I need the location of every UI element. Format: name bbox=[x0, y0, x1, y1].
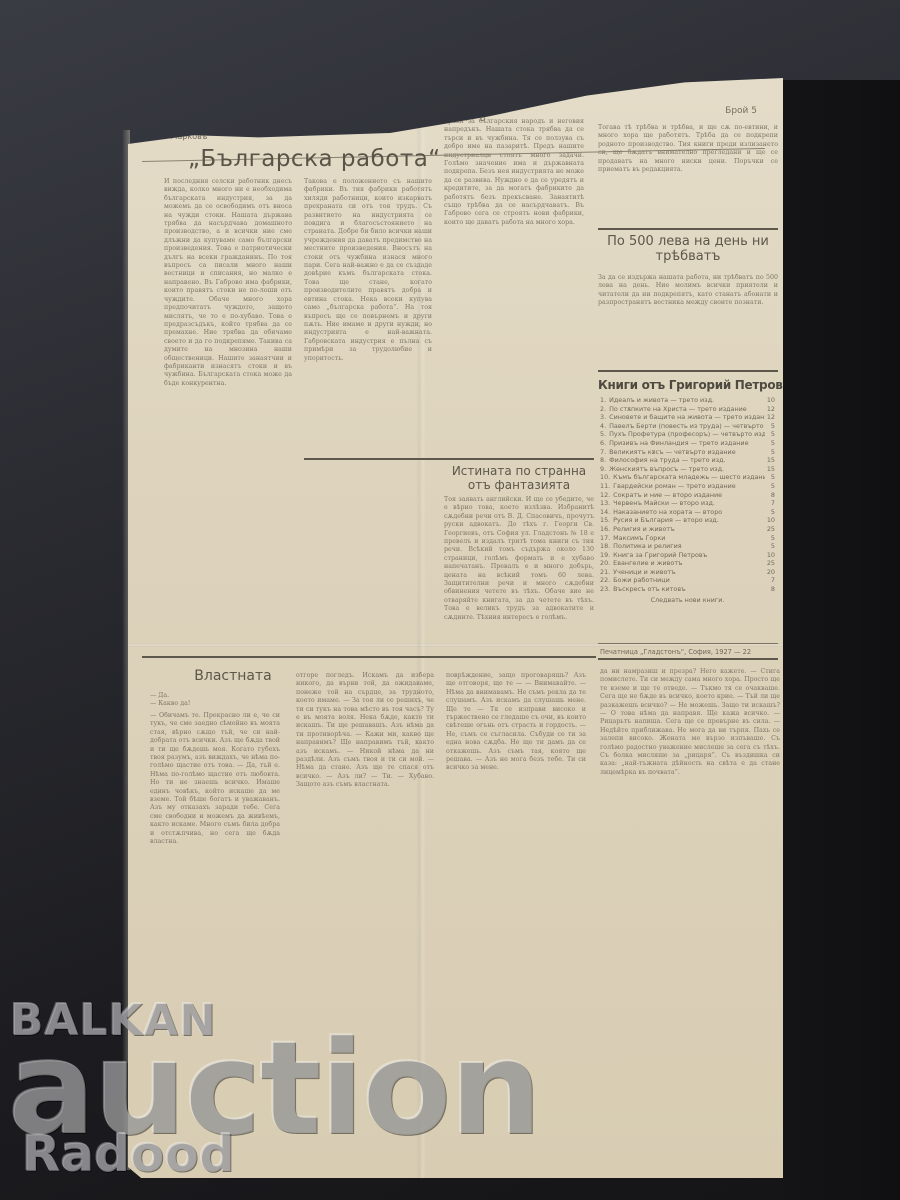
book-price: 15 bbox=[765, 456, 775, 465]
book-list-item: 20.Евангелие и животъ25 bbox=[600, 559, 775, 568]
book-title: Женскиятъ въпросъ — трето изд. bbox=[609, 465, 724, 473]
book-number: 21. bbox=[600, 568, 610, 576]
book-number: 19. bbox=[600, 551, 610, 559]
book-number: 10. bbox=[600, 473, 610, 481]
sidebar-rule-1 bbox=[598, 228, 778, 230]
book-price: 10 bbox=[765, 551, 775, 560]
book-list: 1.Идеалъ и живота — трето изд.102.По стѫ… bbox=[600, 396, 775, 604]
book-title: Книга за Григорий Петровъ bbox=[613, 551, 707, 559]
article-column-1: И последния селски работник днесъ вижда,… bbox=[164, 178, 292, 643]
book-title: Сократъ и ние — второ издание bbox=[613, 491, 722, 499]
article2-top-rule bbox=[304, 458, 594, 460]
article3-dialog-lines: — Да. — Какво да! bbox=[150, 692, 280, 710]
book-price: 10 bbox=[765, 516, 775, 525]
box-text: За да се издържа нашата работа, ни трѣбв… bbox=[598, 274, 778, 366]
book-title: Максимъ Горки bbox=[613, 534, 665, 542]
book-title: Евангелие и животъ bbox=[613, 559, 682, 567]
book-price: 25 bbox=[765, 525, 775, 534]
book-title: Политика и религия bbox=[613, 542, 681, 550]
book-number: 8. bbox=[600, 456, 606, 464]
book-title: Павелъ Берти (повесть из труда) — четвър… bbox=[609, 422, 765, 430]
book-price: 25 bbox=[765, 559, 775, 568]
book-list-item: 17.Максимъ Горки5 bbox=[600, 534, 775, 543]
dialog-line: — Да. bbox=[150, 692, 280, 700]
book-list-item: 16.Религия и животъ25 bbox=[600, 525, 775, 534]
article3-top-rule bbox=[142, 656, 596, 658]
book-price: 7 bbox=[765, 499, 775, 508]
book-title: Пухъ Профетура (професоръ) — четвърто из… bbox=[609, 430, 765, 438]
book-number: 11. bbox=[600, 482, 610, 490]
book-list-item: 9.Женскиятъ въпросъ — трето изд.15 bbox=[600, 465, 775, 474]
box-title: По 500 лева на день ни трѣбватъ bbox=[598, 234, 778, 264]
book-price: 5 bbox=[765, 473, 775, 482]
book-list-item: 21.Ученици и животъ20 bbox=[600, 568, 775, 577]
book-number: 7. bbox=[600, 448, 606, 456]
book-number: 3. bbox=[600, 413, 606, 421]
book-number: 16. bbox=[600, 525, 610, 533]
book-list-item: 1.Идеалъ и живота — трето изд.10 bbox=[600, 396, 775, 405]
book-list-item: 4.Павелъ Берти (повесть из труда) — четв… bbox=[600, 422, 775, 431]
book-price: 8 bbox=[765, 585, 775, 594]
book-number: 6. bbox=[600, 439, 606, 447]
book-price: 5 bbox=[765, 482, 775, 491]
book-list-item: 7.Великиятъ кѫсъ — четвърто издание5 bbox=[600, 448, 775, 457]
book-list-item: 15.Русия и България — второ изд.10 bbox=[600, 516, 775, 525]
book-number: 4. bbox=[600, 422, 606, 430]
book-number: 9. bbox=[600, 465, 606, 473]
book-price: 5 bbox=[765, 508, 775, 517]
book-title: Русия и България — второ изд. bbox=[613, 516, 719, 524]
book-price: 12 bbox=[765, 405, 775, 414]
book-price: 10 bbox=[765, 396, 775, 405]
book-title: Призивъ на Финландия — трето издание bbox=[609, 439, 748, 447]
book-title: Къмъ българската младежь — шесто издание bbox=[613, 473, 765, 481]
book-list-item: 14.Наказанието на хората — второ5 bbox=[600, 508, 775, 517]
book-number: 12. bbox=[600, 491, 610, 499]
book-price: 5 bbox=[765, 542, 775, 551]
book-price: 7 bbox=[765, 576, 775, 585]
book-title: Ученици и животъ bbox=[613, 568, 675, 576]
book-number: 15. bbox=[600, 516, 610, 524]
book-list-item: 5.Пухъ Профетура (професоръ) — четвърто … bbox=[600, 430, 775, 439]
book-list-item: 12.Сократъ и ние — второ издание8 bbox=[600, 491, 775, 500]
book-price: 5 bbox=[765, 430, 775, 439]
book-number: 2. bbox=[600, 405, 606, 413]
printer-line: Печатница „Гладстонъ“, София, 1927 — 22 bbox=[600, 648, 780, 656]
article-column-2: Такова е положението съ нашите фабрики. … bbox=[304, 178, 432, 643]
book-number: 20. bbox=[600, 559, 610, 567]
book-title: Идеалъ и живота — трето изд. bbox=[609, 396, 714, 404]
dialog-line: — Какво да! bbox=[150, 700, 280, 708]
books-title: Книги отъ Григорий Петровъ: bbox=[598, 378, 778, 392]
book-number: 13. bbox=[600, 499, 610, 507]
book-list-item: 11.Гвардейски роман — трето издание5 bbox=[600, 482, 775, 491]
book-price: 15 bbox=[765, 465, 775, 474]
book-title: Наказанието на хората — второ bbox=[613, 508, 722, 516]
article3-column-4: да ни намразиш и презра? Него кажете. — … bbox=[600, 668, 780, 1003]
article2-title: Истината по странна отъ фантазията bbox=[444, 464, 594, 492]
article-column-3: прави за българския народъ и неговия нап… bbox=[444, 118, 584, 458]
article3-title: Властната bbox=[168, 668, 298, 684]
book-title: Религия и животъ bbox=[613, 525, 674, 533]
book-price: 5 bbox=[765, 439, 775, 448]
book-list-item: 19.Книга за Григорий Петровъ10 bbox=[600, 551, 775, 560]
book-list-item: 2.По стѫпките на Христа — трето издание1… bbox=[600, 405, 775, 414]
books-more-note: Следвать нови книги. bbox=[600, 596, 775, 605]
book-title: По стѫпките на Христа — трето издание bbox=[609, 405, 747, 413]
article-title: „Българска работа“ bbox=[188, 146, 441, 172]
book-price: 12 bbox=[765, 413, 775, 422]
book-number: 22. bbox=[600, 576, 610, 584]
article-author: Р. Х. Марковъ bbox=[150, 132, 207, 141]
book-list-item: 23.Въскресъ отъ китовъ8 bbox=[600, 585, 775, 594]
book-title: Въскресъ отъ китовъ bbox=[613, 585, 685, 593]
sidebar-rule-2 bbox=[598, 370, 778, 372]
book-title: Синовете и бащите на живота — трето изда… bbox=[609, 413, 765, 421]
background-shadow bbox=[783, 80, 900, 1200]
book-list-item: 10.Къмъ българската младежь — шесто изда… bbox=[600, 473, 775, 482]
book-price: 5 bbox=[765, 534, 775, 543]
book-title: Божи работници bbox=[613, 576, 670, 584]
book-list-item: 22.Божи работници7 bbox=[600, 576, 775, 585]
sidebar-rule-3 bbox=[598, 643, 778, 644]
article2-text: Тоя заявать английски. И ще се убедите, … bbox=[444, 496, 594, 646]
book-title: Великиятъ кѫсъ — четвърто издание bbox=[609, 448, 736, 456]
book-list-item: 13.Червенъ Майски — второ изд.7 bbox=[600, 499, 775, 508]
book-number: 17. bbox=[600, 534, 610, 542]
book-price: 8 bbox=[765, 491, 775, 500]
book-price: 5 bbox=[765, 448, 775, 457]
book-number: 14. bbox=[600, 508, 610, 516]
book-price: 5 bbox=[765, 422, 775, 431]
book-title: Гвардейски роман — трето издание bbox=[613, 482, 736, 490]
book-number: 18. bbox=[600, 542, 610, 550]
book-title: Червенъ Майски — второ изд. bbox=[613, 499, 715, 507]
book-list-item: 18.Политика и религия5 bbox=[600, 542, 775, 551]
book-list-item: 3.Синовете и бащите на живота — трето из… bbox=[600, 413, 775, 422]
book-price: 20 bbox=[765, 568, 775, 577]
book-number: 23. bbox=[600, 585, 610, 593]
watermark-radood: Radood bbox=[22, 1125, 235, 1183]
book-list-item: 8.Философия на труда — трето изд.15 bbox=[600, 456, 775, 465]
book-number: 5. bbox=[600, 430, 606, 438]
sidebar-rule-4 bbox=[598, 658, 778, 660]
book-list-item: 6.Призивъ на Финландия — трето издание5 bbox=[600, 439, 775, 448]
book-number: 1. bbox=[600, 396, 606, 404]
sidebar-text: Тогава тѣ трѣбва и трѣбва, и ще сѫ по-ев… bbox=[598, 124, 778, 219]
book-title: Философия на труда — трето изд. bbox=[609, 456, 725, 464]
page-number: Брой 5 bbox=[725, 106, 757, 116]
